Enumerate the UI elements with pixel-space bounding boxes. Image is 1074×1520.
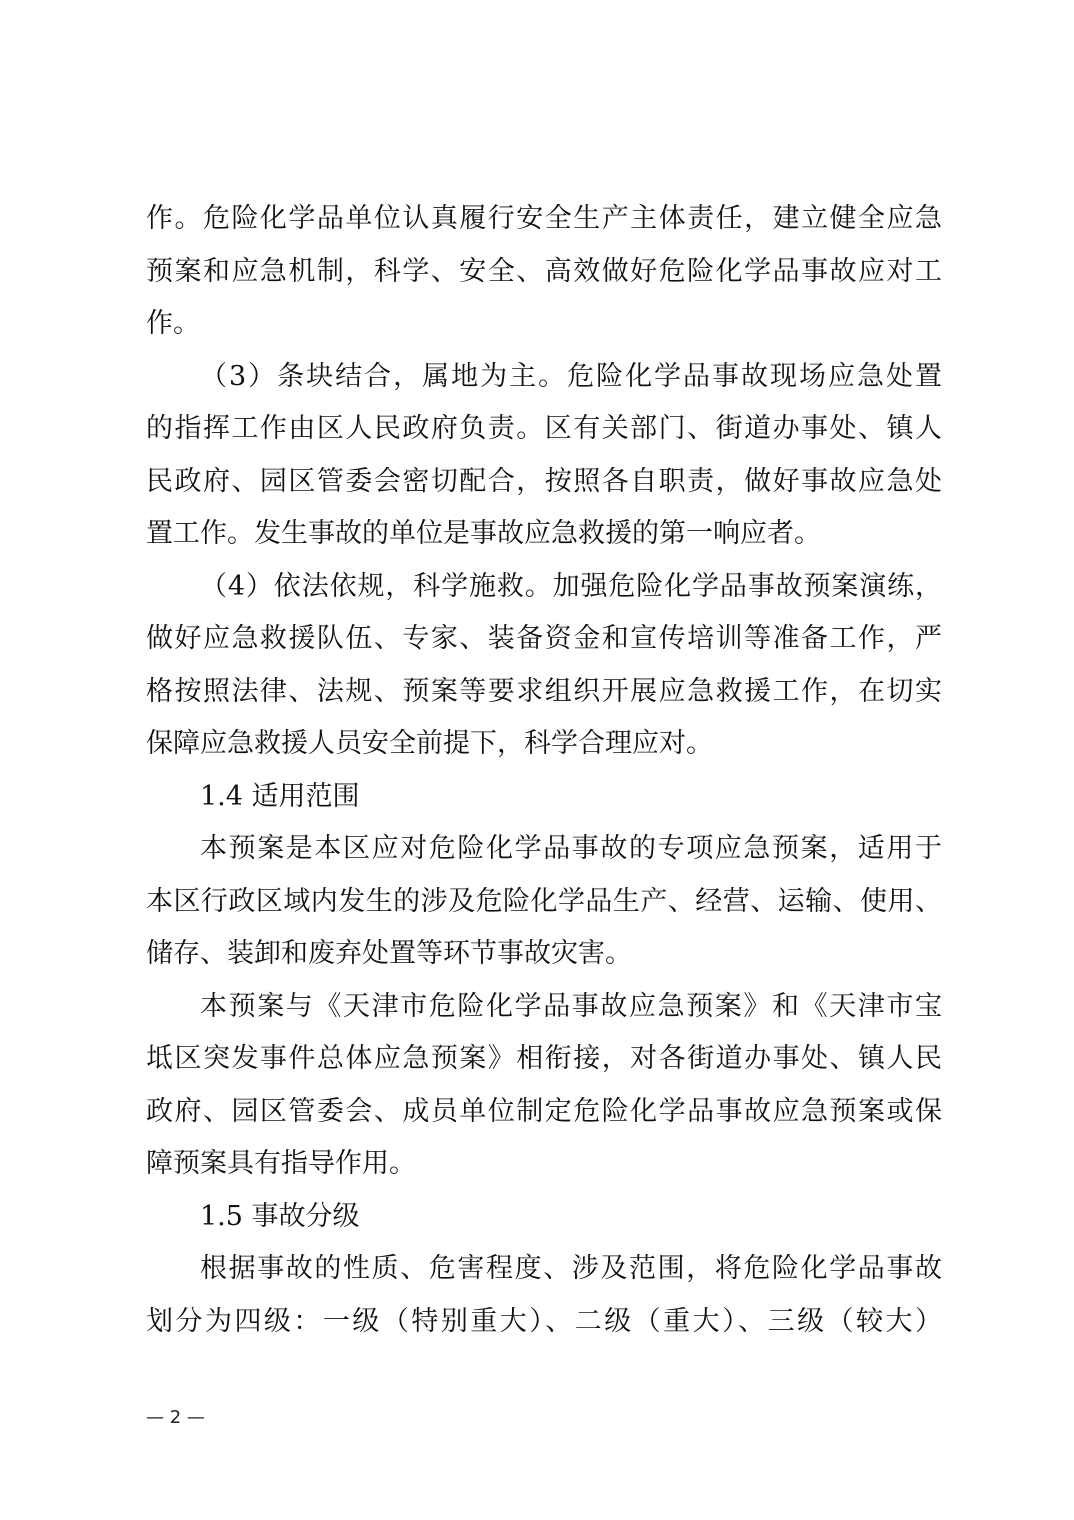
text-line: 作。危险化学品单位认真履行安全生产主体责任，建立健全应急 <box>146 193 942 246</box>
text-line: （3）条块结合，属地为主。危险化学品事故现场应急处置 <box>146 351 942 404</box>
text-line: 坻区突发事件总体应急预案》相衔接，对各街道办事处、镇人民 <box>146 1033 942 1086</box>
page-number: — 2 — <box>146 1407 205 1428</box>
text-line: 置工作。发生事故的单位是事故应急救援的第一响应者。 <box>146 508 942 561</box>
text-line: 做好应急救援队伍、专家、装备资金和宣传培训等准备工作，严 <box>146 613 942 666</box>
text-line: 储存、装卸和废弃处置等环节事故灾害。 <box>146 928 942 981</box>
text-line: （4）依法依规，科学施救。加强危险化学品事故预案演练， <box>146 561 942 614</box>
text-line: 根据事故的性质、危害程度、涉及范围，将危险化学品事故 <box>146 1243 942 1296</box>
text-line: 的指挥工作由区人民政府负责。区有关部门、街道办事处、镇人 <box>146 403 942 456</box>
text-line: 作。 <box>146 298 942 351</box>
text-line: 政府、园区管委会、成员单位制定危险化学品事故应急预案或保 <box>146 1086 942 1139</box>
body-text: 作。危险化学品单位认真履行安全生产主体责任，建立健全应急预案和应急机制，科学、安… <box>146 193 942 1348</box>
section-heading: 1.5 事故分级 <box>146 1191 942 1244</box>
text-line: 预案和应急机制，科学、安全、高效做好危险化学品事故应对工 <box>146 246 942 299</box>
section-heading: 1.4 适用范围 <box>146 771 942 824</box>
text-line: 本预案是本区应对危险化学品事故的专项应急预案，适用于 <box>146 823 942 876</box>
text-line: 民政府、园区管委会密切配合，按照各自职责，做好事故应急处 <box>146 456 942 509</box>
text-line: 本预案与《天津市危险化学品事故应急预案》和《天津市宝 <box>146 981 942 1034</box>
text-line: 保障应急救援人员安全前提下，科学合理应对。 <box>146 718 942 771</box>
text-line: 划分为四级：一级（特别重大）、二级（重大）、三级（较大） <box>146 1296 942 1349</box>
text-line: 障预案具有指导作用。 <box>146 1138 942 1191</box>
text-line: 格按照法律、法规、预案等要求组织开展应急救援工作，在切实 <box>146 666 942 719</box>
text-line: 本区行政区域内发生的涉及危险化学品生产、经营、运输、使用、 <box>146 876 942 929</box>
document-page: 作。危险化学品单位认真履行安全生产主体责任，建立健全应急预案和应急机制，科学、安… <box>0 0 1074 1520</box>
